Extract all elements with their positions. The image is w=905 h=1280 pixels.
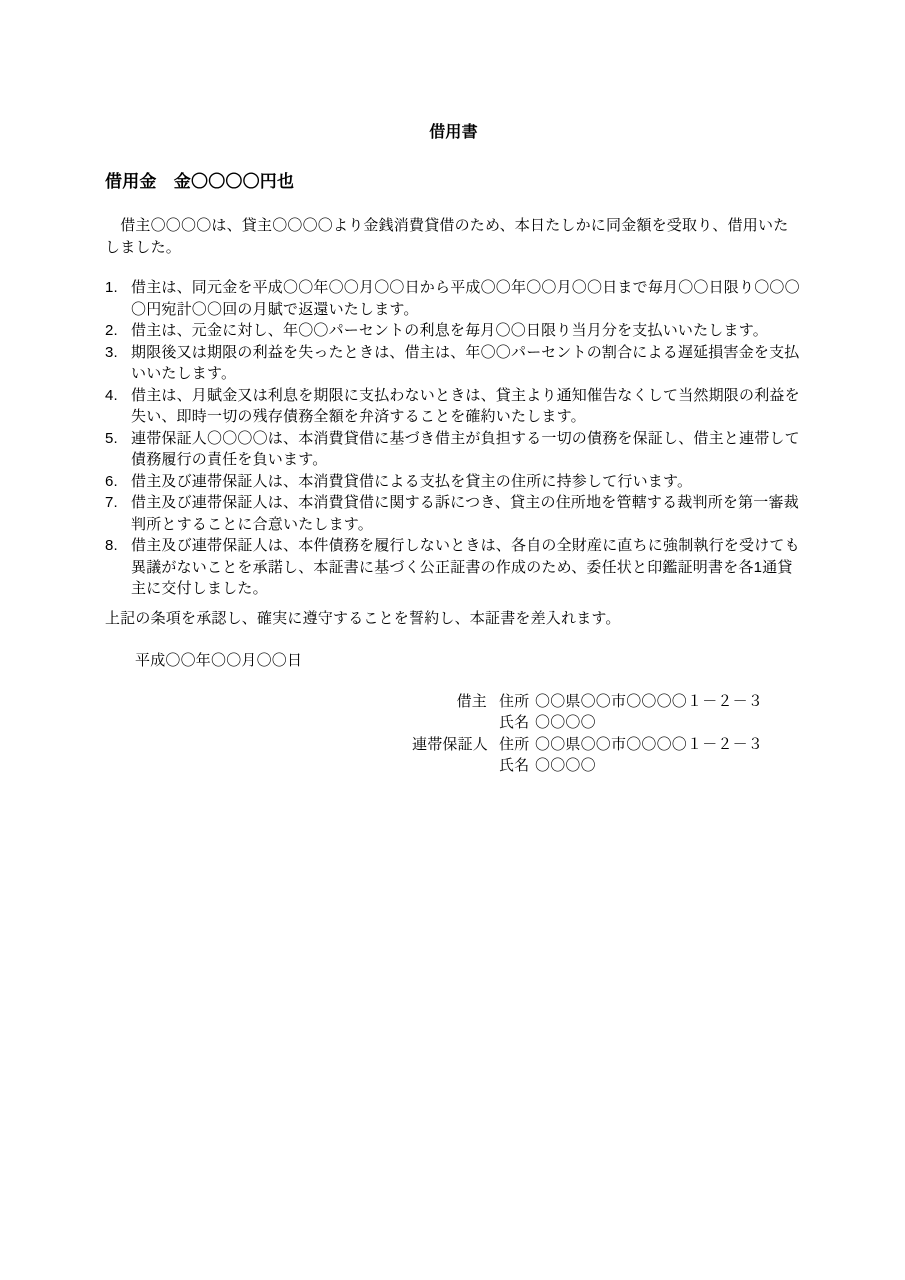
clause-item-2: 2. 借主は、元金に対し、年〇〇パーセントの利息を毎月〇〇日限り当月分を支払いい… [105,320,802,342]
signature-value: 〇〇〇〇 [535,712,596,734]
clause-item-6: 6. 借主及び連帯保証人は、本消費貸借による支払を貸主の住所に持参して行います。 [105,471,802,493]
clause-number: 1. [105,277,131,320]
clause-item-7: 7. 借主及び連帯保証人は、本消費貸借に関する訴につき、貸主の住所地を管轄する裁… [105,492,802,535]
signature-role [412,712,487,734]
clause-text: 借主及び連帯保証人は、本件債務を履行しないときは、各自の全財産に直ちに強制執行を… [131,535,802,600]
clause-number: 5. [105,428,131,471]
clause-number: 8. [105,535,131,600]
signature-block: 借主 住所 〇〇県〇〇市〇〇〇〇１－２－３ 氏名 〇〇〇〇 連帯保証人 住所 〇… [412,691,802,777]
signature-row-borrower-name: 氏名 〇〇〇〇 [412,712,802,734]
clause-item-3: 3. 期限後又は期限の利益を失ったときは、借主は、年〇〇パーセントの割合による遅… [105,342,802,385]
document-content: 借用書 借用金 金〇〇〇〇円也 借主〇〇〇〇は、貸主〇〇〇〇より金銭消費貸借のた… [105,122,802,777]
document-title: 借用書 [105,122,802,144]
signature-label: 住所 [499,734,531,756]
clause-item-8: 8. 借主及び連帯保証人は、本件債務を履行しないときは、各自の全財産に直ちに強制… [105,535,802,600]
clause-number: 3. [105,342,131,385]
clause-text: 連帯保証人〇〇〇〇は、本消費貸借に基づき借主が負担する一切の債務を保証し、借主と… [131,428,802,471]
clause-text: 借主は、月賦金又は利息を期限に支払わないときは、貸主より通知催告なくして当然期限… [131,385,802,428]
signature-role [412,755,487,777]
signature-label: 住所 [499,691,531,713]
clause-item-5: 5. 連帯保証人〇〇〇〇は、本消費貸借に基づき借主が負担する一切の債務を保証し、… [105,428,802,471]
date-line: 平成〇〇年〇〇月〇〇日 [105,650,802,672]
clause-text: 借主は、元金に対し、年〇〇パーセントの利息を毎月〇〇日限り当月分を支払いいたしま… [131,320,802,342]
signature-row-guarantor-address: 連帯保証人 住所 〇〇県〇〇市〇〇〇〇１－２－３ [412,734,802,756]
clause-number: 6. [105,471,131,493]
signature-row-borrower-address: 借主 住所 〇〇県〇〇市〇〇〇〇１－２－３ [412,691,802,713]
signature-label: 氏名 [499,712,531,734]
signature-role: 借主 [412,691,487,713]
closing-statement: 上記の条項を承認し、確実に遵守することを誓約し、本証書を差入れます。 [105,608,802,630]
clause-text: 借主及び連帯保証人は、本消費貸借に関する訴につき、貸主の住所地を管轄する裁判所を… [131,492,802,535]
signature-role: 連帯保証人 [412,734,487,756]
loan-amount-heading: 借用金 金〇〇〇〇円也 [105,170,802,194]
signature-value: 〇〇県〇〇市〇〇〇〇１－２－３ [535,734,763,756]
clause-text: 借主及び連帯保証人は、本消費貸借による支払を貸主の住所に持参して行います。 [131,471,802,493]
clause-item-1: 1. 借主は、同元金を平成〇〇年〇〇月〇〇日から平成〇〇年〇〇月〇〇日まで毎月〇… [105,277,802,320]
clause-number: 4. [105,385,131,428]
signature-row-guarantor-name: 氏名 〇〇〇〇 [412,755,802,777]
signature-value: 〇〇〇〇 [535,755,596,777]
clause-text: 期限後又は期限の利益を失ったときは、借主は、年〇〇パーセントの割合による遅延損害… [131,342,802,385]
clause-number: 7. [105,492,131,535]
intro-paragraph: 借主〇〇〇〇は、貸主〇〇〇〇より金銭消費貸借のため、本日たしかに同金額を受取り、… [105,215,802,258]
signature-value: 〇〇県〇〇市〇〇〇〇１－２－３ [535,691,763,713]
document-page: 借用書 借用金 金〇〇〇〇円也 借主〇〇〇〇は、貸主〇〇〇〇より金銭消費貸借のた… [0,0,905,1280]
clause-item-4: 4. 借主は、月賦金又は利息を期限に支払わないときは、貸主より通知催告なくして当… [105,385,802,428]
clause-text: 借主は、同元金を平成〇〇年〇〇月〇〇日から平成〇〇年〇〇月〇〇日まで毎月〇〇日限… [131,277,802,320]
signature-label: 氏名 [499,755,531,777]
clause-number: 2. [105,320,131,342]
clause-list: 1. 借主は、同元金を平成〇〇年〇〇月〇〇日から平成〇〇年〇〇月〇〇日まで毎月〇… [105,277,802,600]
